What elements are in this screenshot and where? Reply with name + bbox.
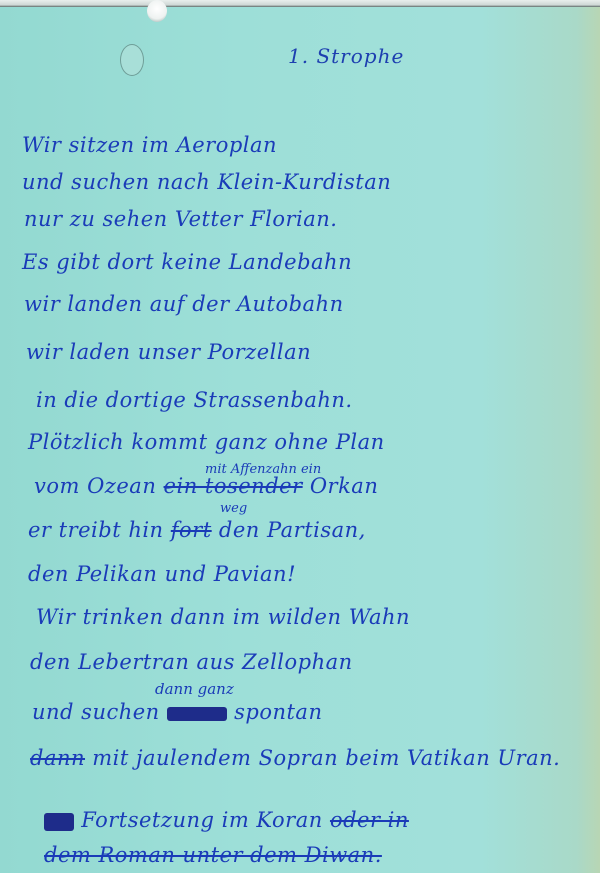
line-9-prefix: vom Ozean: [34, 474, 156, 498]
line-10-prefix: er treibt hin: [28, 518, 164, 542]
ink-scribble-box: [44, 813, 74, 831]
page-heading: 1. Strophe: [288, 44, 404, 68]
lyric-line-1: Wir sitzen im Aeroplan: [22, 133, 277, 157]
lyric-line-10: er treibt hin fort den Partisan,: [28, 518, 366, 542]
lyric-line-12: Wir trinken dann im wilden Wahn: [36, 605, 410, 629]
lyric-line-14: und suchen spontan: [32, 700, 322, 724]
lyric-line-4: Es gibt dort keine Landebahn: [22, 250, 352, 274]
line-16-struck-tail: oder in: [330, 808, 409, 832]
lyric-line-7: in die dortige Strassenbahn.: [36, 388, 353, 412]
line-16-text: Fortsetzung im Koran: [81, 808, 323, 832]
insertion-above-line-14: dann ganz: [155, 680, 234, 698]
lyric-line-16: Fortsetzung im Koran oder in: [44, 808, 409, 832]
line-15-suffix: mit jaulendem Sopran beim Vatikan Uran.: [92, 746, 560, 770]
line-14-suffix: spontan: [234, 700, 322, 724]
page-top-edge: [0, 0, 600, 7]
lyric-line-2: und suchen nach Klein-Kurdistan: [22, 170, 391, 194]
lyric-line-6: wir laden unser Porzellan: [26, 340, 311, 364]
lyric-line-5: wir landen auf der Autobahn: [24, 292, 344, 316]
line-15-struck-text: dann: [30, 746, 85, 770]
punch-hole: [120, 44, 144, 76]
lyric-line-9: vom Ozean ein tosender Orkan: [34, 474, 378, 498]
lyric-line-11: den Pelikan und Pavian!: [28, 562, 296, 586]
lyric-line-15: dann mit jaulendem Sopran beim Vatikan U…: [30, 746, 560, 770]
notebook-page: 1. Strophe Wir sitzen im Aeroplan und su…: [0, 0, 600, 873]
line-10-struck-text: fort: [171, 518, 212, 542]
insertion-above-line-10: weg: [220, 501, 247, 516]
lyric-line-13: den Lebertran aus Zellophan: [30, 650, 353, 674]
line-14-prefix: und suchen: [32, 700, 160, 724]
lyric-line-17-struck: dem Roman unter dem Diwan.: [44, 843, 382, 867]
lyric-line-3: nur zu sehen Vetter Florian.: [24, 207, 337, 231]
line-10-suffix: den Partisan,: [219, 518, 366, 542]
line-9-struck-text: ein tosender: [164, 474, 303, 498]
ink-scribble: [167, 707, 227, 721]
line-9-suffix: Orkan: [310, 474, 379, 498]
lyric-line-8: Plötzlich kommt ganz ohne Plan: [28, 430, 385, 454]
binder-hole: [147, 0, 167, 22]
